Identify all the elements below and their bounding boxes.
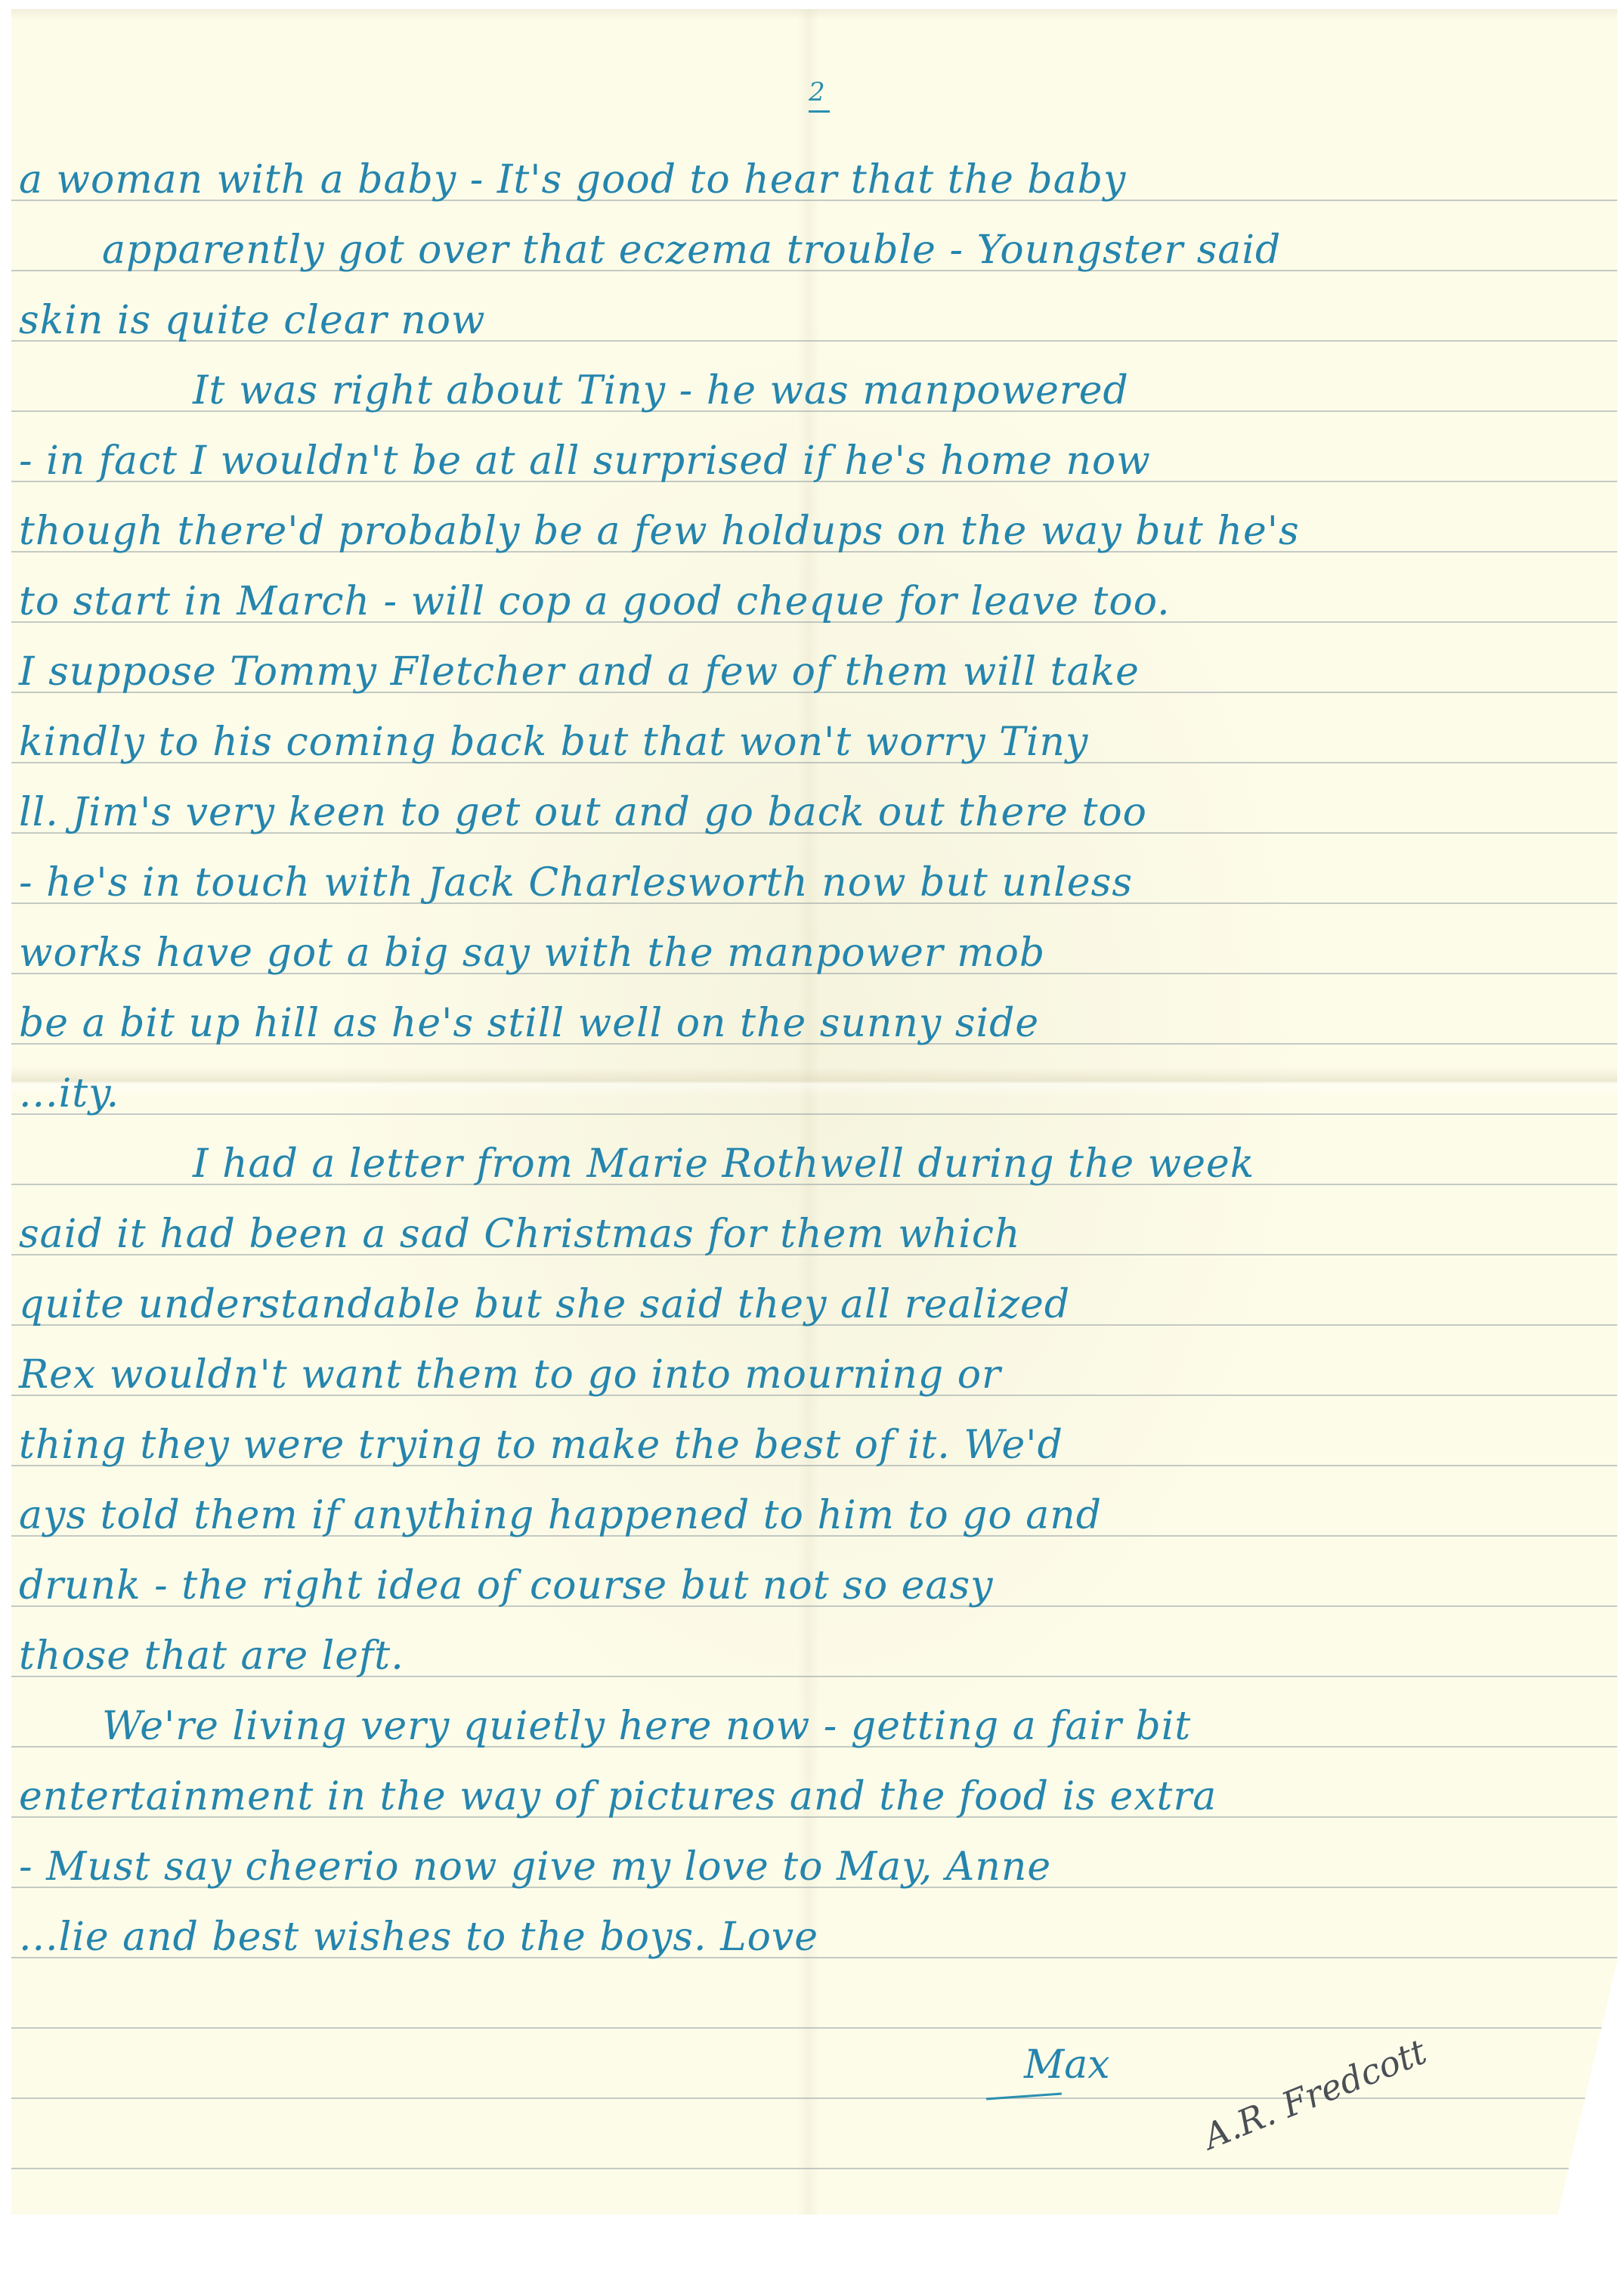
ruled-line <box>11 2027 1617 2029</box>
letter-line: kindly to his coming back but that won't… <box>19 723 1088 762</box>
letter-line: ays told them if anything happened to hi… <box>19 1496 1102 1535</box>
ruled-line <box>11 2168 1617 2169</box>
letter-line: said it had been a sad Christmas for the… <box>19 1215 1020 1254</box>
letter-line: works have got a big say with the manpow… <box>19 933 1045 973</box>
censor-initials: A.R. Fredcott <box>1198 2031 1432 2157</box>
letter-line: - in fact I wouldn't be at all surprised… <box>19 441 1151 481</box>
letter-line-paragraph-start: It was right about Tiny - he was manpowe… <box>193 371 1129 410</box>
letter-line: be a bit up hill as he's still well on t… <box>19 1004 1039 1043</box>
letter-line: - Must say cheerio now give my love to M… <box>19 1847 1051 1887</box>
ruled-line <box>11 1113 1617 1115</box>
letter-line: ...ity. <box>19 1074 119 1113</box>
letter-line: skin is quite clear now <box>19 301 486 340</box>
page-number: 2 <box>809 77 830 113</box>
letter-line-paragraph-start: I had a letter from Marie Rothwell durin… <box>193 1144 1254 1184</box>
letter-line: - he's in touch with Jack Charlesworth n… <box>19 863 1133 902</box>
letter-line: Rex wouldn't want them to go into mourni… <box>19 1355 1001 1395</box>
letter-page: 2 a woman with a baby - It's good to hea… <box>11 9 1617 2215</box>
letter-line: to start in March - will cop a good cheq… <box>19 582 1171 621</box>
letter-line: a woman with a baby - It's good to hear … <box>19 160 1126 200</box>
letter-line: ll. Jim's very keen to get out and go ba… <box>19 793 1147 832</box>
letter-line: I suppose Tommy Fletcher and a few of th… <box>19 652 1140 692</box>
writer-signature: Max <box>1024 2042 1110 2088</box>
letter-line: quite understandable but she said they a… <box>19 1285 1070 1324</box>
letter-line-paragraph-start: We're living very quietly here now - get… <box>102 1707 1191 1746</box>
ruled-line <box>11 2097 1617 2099</box>
letter-line: apparently got over that eczema trouble … <box>102 231 1281 270</box>
letter-line: thing they were trying to make the best … <box>19 1426 1063 1465</box>
letter-line: entertainment in the way of pictures and… <box>19 1777 1217 1816</box>
letter-line: though there'd probably be a few holdups… <box>19 512 1300 551</box>
letter-line: drunk - the right idea of course but not… <box>19 1566 994 1605</box>
letter-line: those that are left. <box>19 1636 404 1676</box>
horizontal-fold-crease <box>11 1067 1617 1097</box>
letter-line: ...lie and best wishes to the boys. Love <box>19 1918 818 1957</box>
